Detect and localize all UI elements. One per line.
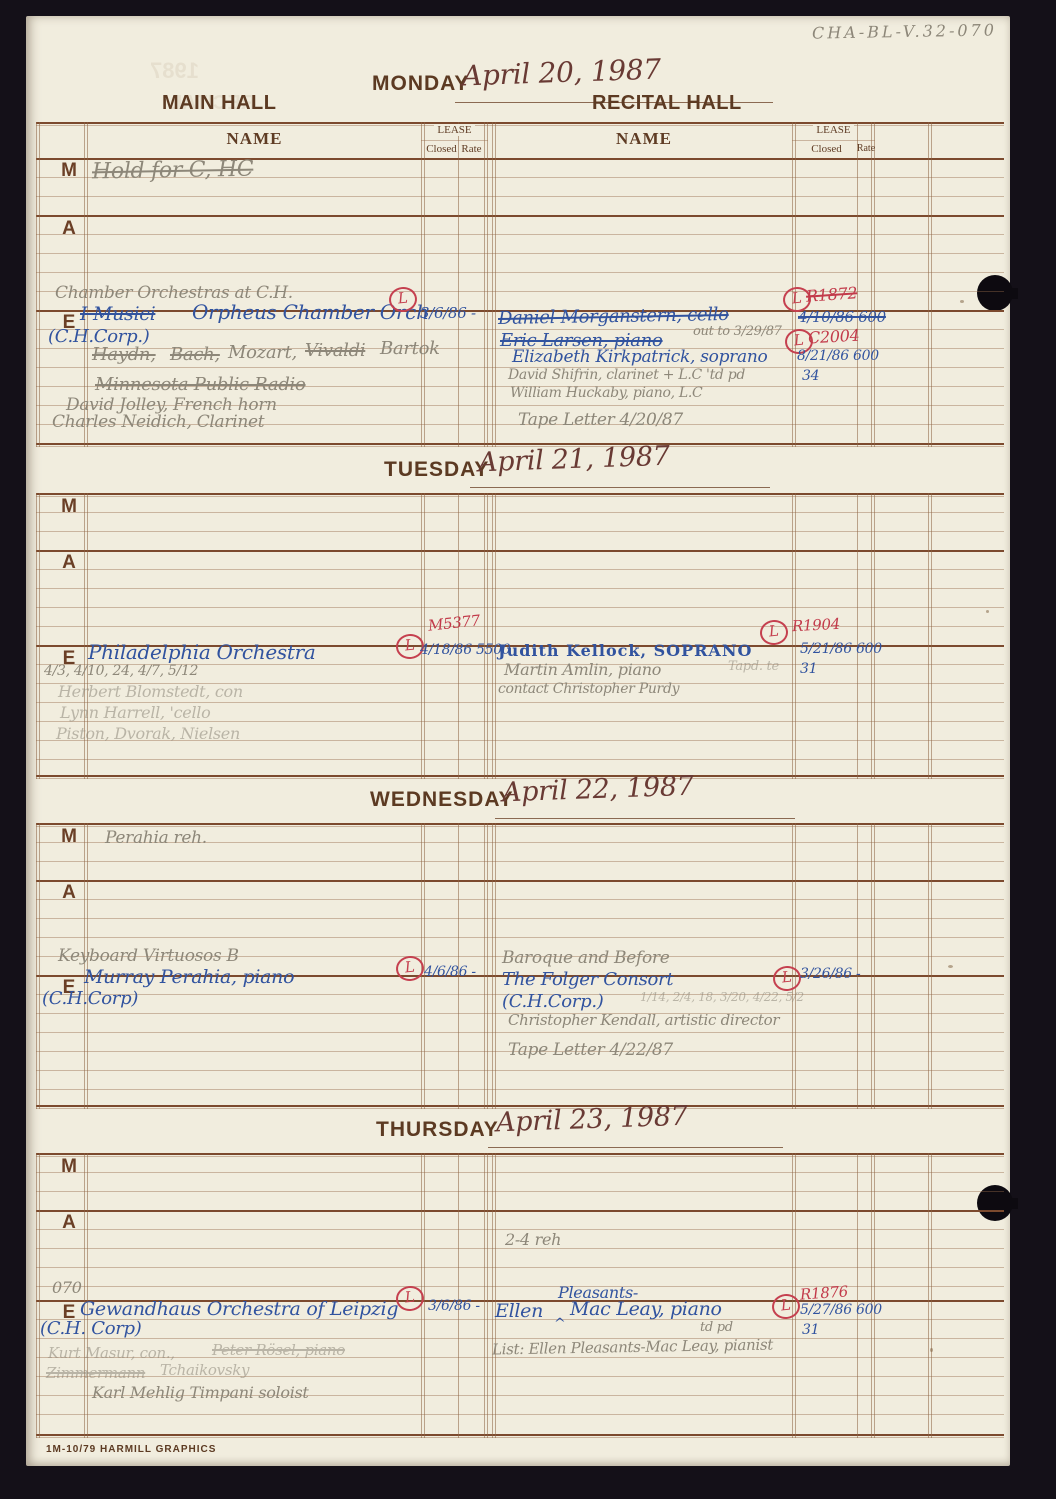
entry-performance-dates: 4/3, 4/10, 24, 4/7, 5/12 — [44, 663, 198, 679]
entry-mac-leay: Mac Leay, piano — [570, 1298, 722, 1320]
entry-murray-perahia: Murray Perahia, piano — [84, 966, 294, 988]
lease-column-header: LEASE — [421, 124, 488, 136]
entry-tdpd-note: td pd — [700, 1320, 733, 1335]
rule-line — [871, 493, 872, 779]
rule-line — [36, 1434, 1004, 1436]
row-letter-m: M — [52, 496, 86, 518]
rule-line — [424, 122, 425, 447]
rule-line — [36, 1267, 1004, 1268]
rule-line — [871, 823, 872, 1109]
entry-ch-corp: (C.H.Corp.) — [502, 991, 603, 1012]
name-column-header: NAME — [496, 129, 792, 149]
rule-line — [931, 823, 932, 1109]
lease-label: LEASE — [434, 124, 474, 136]
entry-r1872: R1872 — [805, 283, 857, 306]
entry-closed-date: 4/10/86 600 — [798, 308, 886, 326]
rule-line — [492, 823, 493, 1109]
day-label-tuesday: TUESDAY — [384, 458, 489, 482]
entry-gewandhaus-orchestra: Gewandhaus Orchestra of Leipzig — [80, 1298, 398, 1320]
rule-line — [36, 215, 1004, 217]
rule-line — [871, 1153, 872, 1438]
closed-column-header: Closed — [796, 143, 857, 155]
entry-program-bartok: Bartok — [380, 338, 440, 359]
rule-line — [36, 443, 1004, 445]
rule-line — [36, 569, 1004, 570]
entry-i-musici: I Musici — [80, 303, 155, 325]
rule-line — [87, 1153, 88, 1438]
entry-ticket-number: 31 — [802, 1322, 819, 1338]
rule-line — [424, 1153, 425, 1438]
entry-program-vivaldi: Vivaldi — [305, 340, 365, 361]
rule-line — [458, 1153, 459, 1438]
entry-r1904: R1904 — [792, 615, 841, 635]
rule-line — [36, 1032, 1004, 1033]
rule-line — [795, 1153, 796, 1438]
paper-speck — [986, 610, 989, 613]
rule-line — [484, 122, 485, 447]
entry-tchaikovsky: Tchaikovsky — [160, 1361, 249, 1379]
rule-line — [36, 607, 1004, 608]
entry-lynn-harrell: Lynn Harrell, 'cello — [60, 703, 210, 722]
rule-line — [36, 1414, 1004, 1415]
rule-line — [36, 1089, 1004, 1090]
row-letter-a: A — [52, 218, 86, 240]
entry-herbert-blomstedt: Herbert Blomstedt, con — [58, 682, 243, 701]
rule-line — [871, 122, 872, 447]
entry-kurt-masur: Kurt Masur, con., — [48, 1344, 175, 1362]
catalog-number: CHA-BL-V.32-070 — [812, 20, 997, 42]
rule-line — [487, 823, 488, 1109]
insertion-caret: ^ — [554, 1316, 565, 1332]
entry-perahia-rehearsal: Perahia reh. — [105, 828, 207, 848]
rule-line — [495, 493, 496, 779]
rule-line — [928, 1153, 929, 1438]
rule-line — [36, 493, 37, 779]
rule-line — [487, 122, 488, 447]
row-letter-m: M — [52, 826, 86, 848]
rate-column-header: Rate — [855, 143, 877, 154]
rule-line — [928, 823, 929, 1109]
rule-line — [931, 122, 932, 447]
entry-closed-date: 4/6/86 - — [424, 964, 476, 980]
day-label-monday: MONDAY — [372, 72, 469, 96]
hall-label-recital: RECITAL HALL — [592, 92, 742, 115]
entry-closed-date: 3/6/86 - — [420, 304, 476, 322]
rule-line — [458, 493, 459, 779]
entry-rehearsal-note: 2-4 reh — [505, 1230, 561, 1249]
rule-line — [36, 493, 1004, 495]
rule-line — [36, 1286, 1004, 1287]
rule-line — [36, 196, 1004, 197]
rule-line — [36, 1191, 1004, 1192]
rule-line — [928, 493, 929, 779]
rule-line — [36, 1172, 1004, 1173]
rule-line — [36, 861, 1004, 862]
entry-out-note: out to 3/29/87 — [693, 324, 782, 339]
rule-line — [931, 493, 932, 779]
rule-line — [792, 140, 875, 141]
rule-line — [36, 937, 1004, 938]
entry-closed-date: 3/26/86 - — [800, 966, 860, 982]
paper-speck — [960, 300, 964, 303]
rule-line — [421, 122, 422, 447]
rule-line — [492, 1153, 493, 1438]
rule-line — [874, 823, 875, 1109]
ledger-scan: CHA-BL-V.32-070 1987 RECITAL MONDAY Apri… — [0, 0, 1056, 1499]
rule-line — [484, 493, 485, 779]
rule-line — [36, 1338, 1004, 1339]
entry-closed-date: 5/21/86 600 — [800, 641, 882, 657]
rule-line — [36, 823, 37, 1109]
rule-line — [484, 823, 485, 1109]
rule-line — [857, 1153, 858, 1438]
entry-minnesota-public-radio: Minnesota Public Radio — [95, 374, 306, 395]
entry-ch-corp: (C.H.Corp) — [42, 988, 138, 1009]
entry-r1876: R1876 — [799, 1282, 848, 1303]
rule-line — [421, 140, 488, 141]
entry-tape-letter: Tape Letter 4/20/87 — [518, 410, 683, 430]
entry-closed-date: 8/21/86 600 — [797, 348, 879, 364]
entry-hold-for: Hold for C, HC — [92, 157, 254, 185]
entry-closed-date: 3/6/86 - — [428, 1298, 480, 1314]
entry-martin-amlin: Martin Amlin, piano — [504, 660, 661, 679]
rule-line — [36, 626, 1004, 627]
rule-line — [874, 122, 875, 447]
rule-line — [492, 122, 493, 447]
rule-line — [36, 880, 1004, 882]
rule-line — [458, 122, 459, 447]
printer-footer: 1M-10/79 HARMILL GRAPHICS — [46, 1444, 216, 1455]
rule-line — [495, 122, 496, 447]
entry-david-shifrin: David Shifrin, clarinet + L.C 'td pd — [508, 367, 745, 383]
row-letter-m: M — [52, 1156, 86, 1178]
entry-program: Piston, Dvorak, Nielsen — [56, 724, 240, 743]
entry-william-huckaby: William Huckaby, piano, L.C — [510, 385, 702, 401]
rule-line — [487, 493, 488, 779]
rule-line — [36, 1070, 1004, 1071]
rule-line — [36, 899, 1004, 900]
entry-tape-letter: Tape Letter 4/22/87 — [508, 1040, 673, 1060]
rule-line — [495, 1153, 496, 1438]
rule-line — [39, 1153, 40, 1438]
entry-keyboard-virtuosos: Keyboard Virtuosos B — [58, 946, 239, 966]
rule-line — [492, 493, 493, 779]
bleed-through-text: 1987 — [150, 58, 199, 84]
day-label-wednesday: WEDNESDAY — [370, 788, 514, 812]
rule-line — [36, 826, 1004, 827]
entry-contact-purdy: contact Christopher Purdy — [498, 681, 679, 697]
entry-charles-neidich: Charles Neidich, Clarinet — [52, 412, 264, 432]
closed-column-header: Closed — [425, 143, 458, 155]
hall-label-main: MAIN HALL — [162, 92, 276, 115]
entry-performance-dates: 1/14, 2/4, 18, 3/20, 4/22, 5/2 — [640, 990, 804, 1004]
date-underline — [488, 1147, 783, 1148]
rule-line — [36, 496, 1004, 497]
rule-line — [484, 1153, 485, 1438]
rule-line — [36, 823, 1004, 825]
rule-line — [36, 759, 1004, 760]
rule-line — [84, 1153, 85, 1438]
rule-line — [36, 1156, 1004, 1157]
entry-judith-kellock: Judith Kellock, SOPRANO — [498, 641, 752, 660]
entry-karl-mehlig: Karl Mehlig Timpani soloist — [92, 1383, 309, 1402]
rule-line — [36, 550, 1004, 552]
day-date-monday: April 20, 1987 — [461, 53, 661, 93]
entry-peter-rosel: Peter Rösel, piano — [212, 1341, 345, 1359]
rule-line — [795, 823, 796, 1109]
paper-speck — [948, 965, 953, 968]
lease-label: LEASE — [813, 124, 853, 136]
rule-line — [928, 122, 929, 447]
rule-line — [36, 1153, 1004, 1155]
rule-line — [39, 122, 40, 447]
rule-line — [931, 1153, 932, 1438]
entry-elizabeth-kirkpatrick: Elizabeth Kirkpatrick, soprano — [512, 347, 767, 367]
rule-line — [795, 493, 796, 779]
rule-line — [874, 493, 875, 779]
row-letter-a: A — [52, 882, 86, 904]
rule-line — [39, 823, 40, 1109]
entry-tapd-note: Tapd. te — [728, 659, 779, 674]
entry-program-mozart: Mozart, — [228, 342, 297, 363]
entry-closed-date: 5/27/86 600 — [800, 1302, 882, 1318]
rule-line — [36, 122, 37, 447]
entry-closed-date: 4/18/86 5500 — [420, 642, 510, 658]
entry-philadelphia-orchestra: Philadelphia Orchestra — [88, 640, 316, 664]
rule-line — [36, 512, 1004, 513]
row-letter-a: A — [52, 1212, 86, 1234]
rule-line — [495, 823, 496, 1109]
entry-page-number: 070 — [52, 1278, 82, 1297]
entry-baroque-and-before: Baroque and Before — [502, 948, 670, 968]
rule-line — [424, 493, 425, 779]
rule-line — [36, 272, 1004, 273]
day-label-thursday: THURSDAY — [376, 1118, 499, 1142]
entry-program-bach: Bach, — [170, 344, 220, 365]
rule-line — [795, 122, 796, 447]
rule-line — [792, 122, 793, 447]
rule-line — [421, 493, 422, 779]
entry-program-haydn: Haydn, — [92, 344, 156, 365]
rule-line — [36, 234, 1004, 235]
rule-line — [792, 493, 793, 779]
entry-c2004: C2004 — [808, 326, 860, 348]
entry-ticket-number: 31 — [800, 661, 817, 677]
punch-hole-tab — [1002, 288, 1018, 299]
name-column-header: NAME — [88, 129, 421, 149]
entry-ch-corp: (C.H. Corp) — [40, 1318, 141, 1339]
punch-hole-tab — [1002, 1198, 1018, 1209]
rule-line — [39, 493, 40, 779]
entry-christopher-kendall: Christopher Kendall, artistic director — [508, 1011, 779, 1029]
rule-line — [36, 531, 1004, 532]
rule-line — [36, 1210, 1004, 1212]
rule-line — [36, 588, 1004, 589]
row-letter-m: M — [52, 160, 86, 182]
rate-column-header: Rate — [459, 143, 484, 155]
rule-line — [36, 1437, 1004, 1438]
rule-line — [36, 918, 1004, 919]
rule-line — [857, 122, 858, 447]
rule-line — [487, 1153, 488, 1438]
date-underline — [470, 487, 770, 488]
lease-column-header: LEASE — [792, 124, 875, 136]
entry-ticket-number: 34 — [802, 368, 819, 384]
entry-zimmermann: Zimmermann — [46, 1364, 145, 1382]
row-letter-a: A — [52, 552, 86, 574]
rule-line — [36, 253, 1004, 254]
date-underline — [495, 818, 795, 819]
rule-line — [874, 1153, 875, 1438]
rule-line — [36, 1153, 37, 1438]
rule-line — [857, 493, 858, 779]
entry-folger-consort: The Folger Consort — [502, 969, 673, 990]
entry-ellen: Ellen — [495, 1300, 543, 1322]
